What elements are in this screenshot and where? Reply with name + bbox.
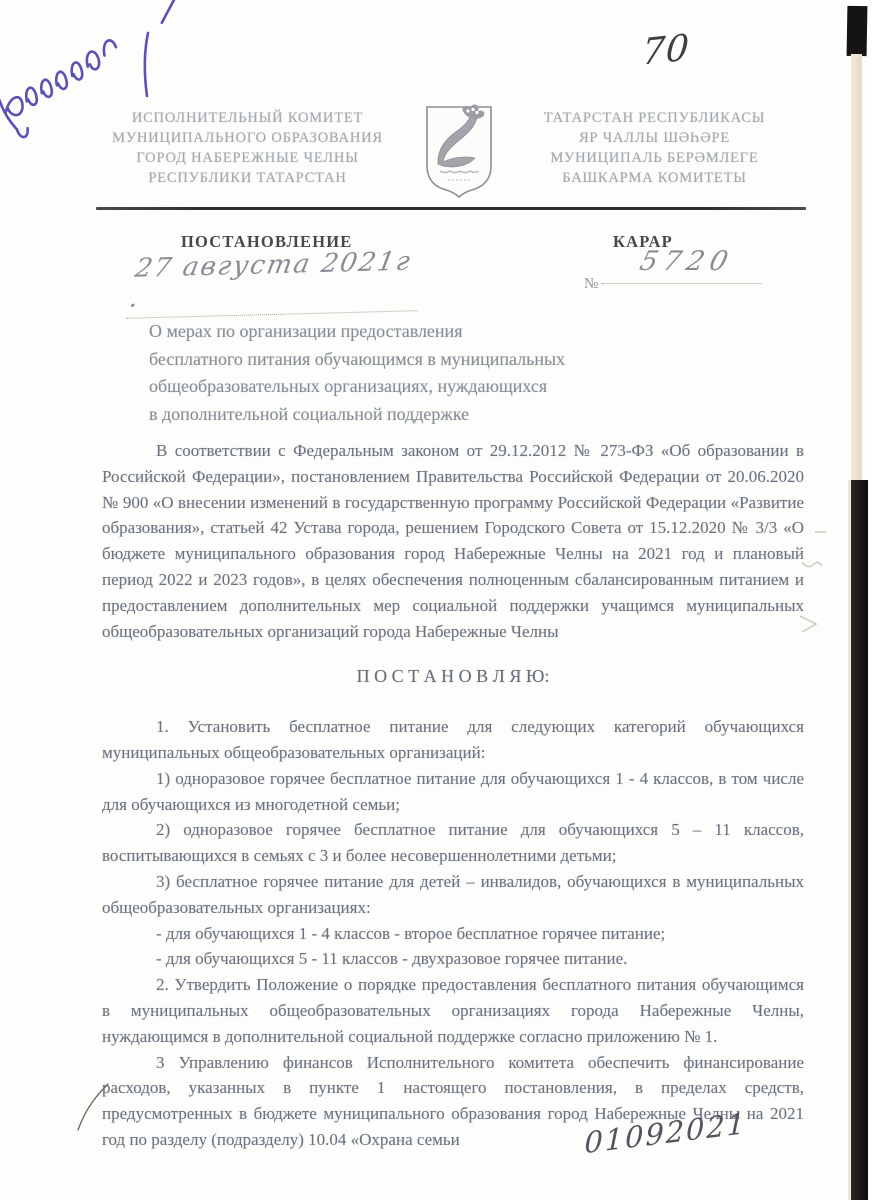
- title-line: общеобразовательных организациях, нуждаю…: [149, 373, 669, 401]
- item-1-sub-2: 2) одноразовое горячее бесплатное питани…: [102, 817, 804, 869]
- title-line: О мерах по организации предоставления: [149, 318, 669, 346]
- number-sign-label: №: [584, 276, 598, 293]
- scan-edge-beige-strip: [851, 54, 862, 484]
- pencil-mark: [798, 556, 824, 583]
- org-ru-line: ГОРОД НАБЕРЕЖНЫЕ ЧЕЛНЫ: [95, 148, 400, 168]
- handwritten-page-number: 70: [641, 27, 691, 74]
- org-name-tatar: ТАТАРСТАН РЕСПУБЛИКАСЫ ЯР ЧАЛЛЫ ШӘҺӘРЕ М…: [502, 108, 807, 188]
- pencil-mark: [796, 612, 822, 641]
- handwritten-number-field: 5720: [601, 246, 770, 284]
- org-tat-line: ЯР ЧАЛЛЫ ШӘҺӘРЕ: [502, 128, 807, 148]
- org-tat-line: БАШКАРМА КОМИТЕТЫ: [502, 168, 807, 188]
- item-1: 1. Установить бесплатное питание для сле…: [102, 714, 804, 766]
- org-name-russian: ИСПОЛНИТЕЛЬНЫЙ КОМИТЕТ МУНИЦИПАЛЬНОГО ОБ…: [95, 108, 400, 188]
- org-ru-line: РЕСПУБЛИКИ ТАТАРСТАН: [95, 168, 400, 188]
- resolve-heading: П О С Т А Н О В Л Я Ю:: [102, 664, 804, 690]
- item-1-sub-3-dash-1: - для обучающихся 1 - 4 классов - второе…: [102, 921, 804, 947]
- handwritten-date-field: 27 августа 2021г .: [126, 246, 430, 319]
- coat-of-arms-icon: [423, 104, 495, 200]
- title-line: в дополнительной социальной поддержке: [149, 401, 669, 429]
- scan-edge-black-bottom: [848, 480, 868, 1200]
- pencil-mark: [812, 525, 832, 544]
- org-tat-line: ТАТАРСТАН РЕСПУБЛИКАСЫ: [502, 108, 807, 128]
- org-ru-line: МУНИЦИПАЛЬНОГО ОБРАЗОВАНИЯ: [95, 128, 400, 148]
- org-ru-line: ИСПОЛНИТЕЛЬНЫЙ КОМИТЕТ: [95, 108, 400, 128]
- letterhead-divider: [96, 207, 806, 210]
- scan-edge-black-top: [847, 6, 868, 56]
- scanned-document-page: 70 ИСПОЛНИТЕЛЬНЫЙ КОМИТЕТ МУНИЦИПАЛЬНОГО…: [0, 0, 872, 1200]
- item-1-sub-3-dash-2: - для обучающихся 5 - 11 классов - двухр…: [102, 946, 804, 972]
- item-1-sub-1: 1) одноразовое горячее бесплатное питани…: [102, 766, 804, 818]
- preamble-paragraph: В соответствии с Федеральным законом от …: [102, 438, 804, 644]
- org-tat-line: МУНИЦИПАЛЬ БЕРӘМЛЕГЕ: [502, 148, 807, 168]
- stray-pen-stroke: [60, 1078, 130, 1148]
- title-line: бесплатного питания обучающимся в муници…: [149, 346, 669, 374]
- item-2: 2. Утвердить Положение о порядке предост…: [102, 972, 804, 1049]
- document-title: О мерах по организации предоставления бе…: [149, 318, 669, 428]
- item-1-sub-3: 3) бесплатное горячее питание для детей …: [102, 869, 804, 921]
- document-body: В соответствии с Федеральным законом от …: [102, 438, 804, 1153]
